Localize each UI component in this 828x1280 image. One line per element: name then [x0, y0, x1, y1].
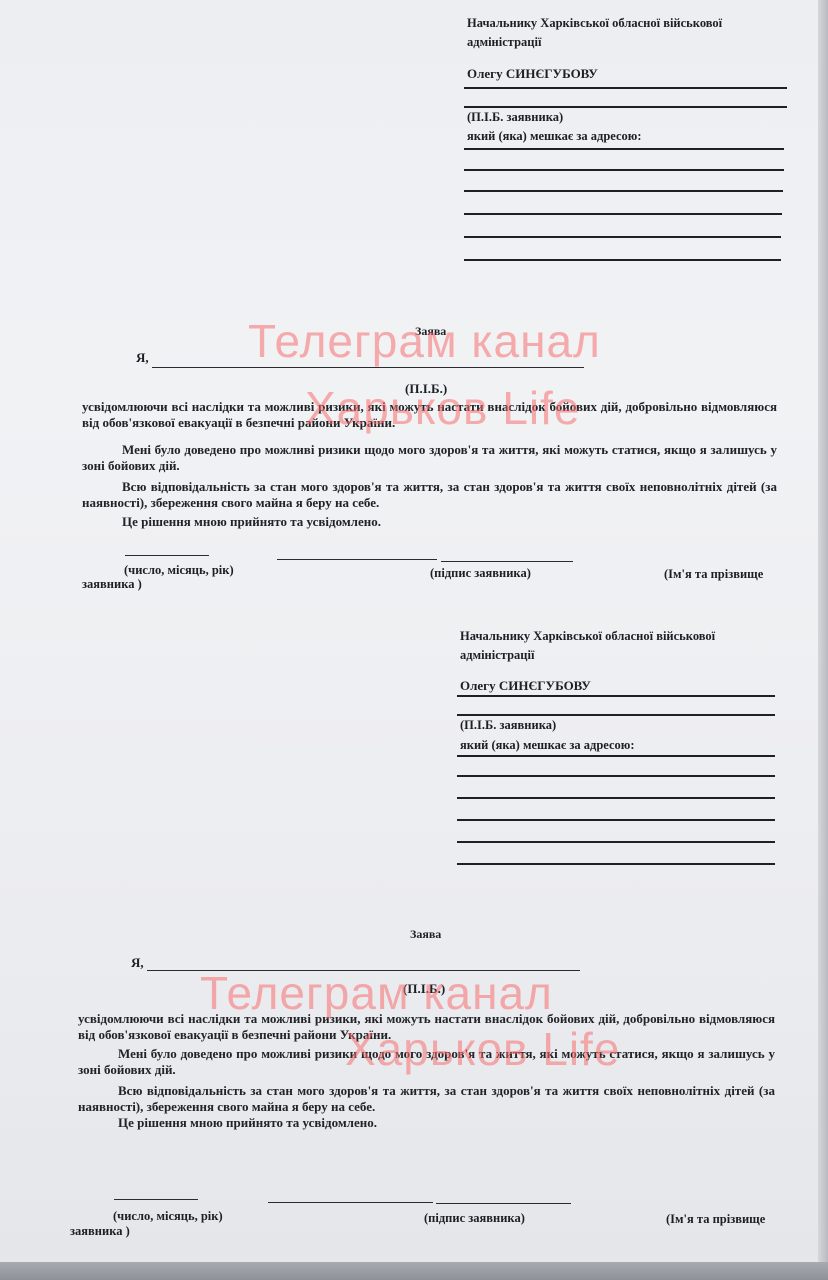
pib-label: (П.І.Б.) [405, 381, 447, 396]
paragraph-1: усвідомлюючи всі наслідки та можливі риз… [78, 1011, 775, 1042]
addressee-line-2: адміністрації [460, 648, 534, 663]
addressee-underline [457, 695, 775, 697]
address-field-4[interactable] [464, 213, 782, 215]
address-field-1[interactable] [464, 148, 784, 150]
addressee-line-1: Начальнику Харківської обласної військов… [467, 16, 722, 31]
address-field-4[interactable] [457, 819, 775, 821]
addressee-underline [464, 87, 787, 89]
address-field-5[interactable] [457, 841, 775, 843]
page-right-edge [818, 0, 828, 1280]
name-field[interactable] [436, 1203, 571, 1204]
paragraph-4: Це рішення мною прийнято та усвідомлено. [82, 514, 777, 530]
addressee-line-1: Начальнику Харківської обласної військов… [460, 629, 715, 644]
name-label-continued: заявника ) [70, 1224, 130, 1239]
addressee-name: Олегу СИНЄГУБОВУ [467, 66, 598, 81]
address-field-1[interactable] [457, 755, 775, 757]
address-field-3[interactable] [464, 190, 783, 192]
applicant-label: (П.І.Б. заявника) [460, 718, 556, 733]
paragraph-4: Це рішення мною прийнято та усвідомлено. [78, 1115, 775, 1131]
form-title: Заява [410, 927, 441, 942]
signature-label: (підпис заявника) [424, 1211, 525, 1226]
date-label: (число, місяць, рік) [113, 1209, 223, 1224]
i-prefix: Я, [131, 955, 144, 970]
paragraph-2: Мені було доведено про можливі ризики що… [78, 1046, 775, 1077]
address-label: який (яка) мешкає за адресою: [460, 738, 635, 753]
address-field-2[interactable] [457, 775, 775, 777]
date-label: (число, місяць, рік) [124, 563, 234, 578]
name-label: (Ім'я та прізвище [664, 567, 763, 582]
pib-label: (П.І.Б.) [403, 981, 445, 996]
address-field-6[interactable] [464, 259, 781, 261]
paragraph-1: усвідомлюючи всі наслідки та можливі риз… [82, 399, 777, 430]
date-field[interactable] [114, 1199, 198, 1200]
signature-label: (підпис заявника) [430, 566, 531, 581]
date-field[interactable] [125, 555, 209, 556]
page-bottom-edge [0, 1262, 828, 1280]
form-title: Заява [415, 324, 446, 339]
applicant-name-field[interactable] [464, 106, 787, 108]
signature-field[interactable] [277, 559, 437, 560]
paragraph-2: Мені було доведено про можливі ризики що… [82, 442, 777, 473]
i-prefix: Я, [136, 350, 149, 365]
signature-field[interactable] [268, 1202, 433, 1203]
pib-field[interactable] [152, 367, 584, 368]
pib-field[interactable] [147, 970, 580, 971]
address-field-6[interactable] [457, 863, 775, 865]
address-field-3[interactable] [457, 797, 775, 799]
address-field-5[interactable] [464, 236, 781, 238]
addressee-line-2: адміністрації [467, 35, 541, 50]
address-field-2[interactable] [464, 169, 784, 171]
paragraph-3: Всю відповідальність за стан мого здоров… [82, 479, 777, 510]
applicant-label: (П.І.Б. заявника) [467, 110, 563, 125]
paper-sheet: Начальнику Харківської обласної військов… [0, 0, 818, 1262]
addressee-name: Олегу СИНЄГУБОВУ [460, 678, 591, 693]
name-label: (Ім'я та прізвище [666, 1212, 765, 1227]
paragraph-3: Всю відповідальність за стан мого здоров… [78, 1083, 775, 1114]
applicant-name-field[interactable] [457, 714, 775, 716]
name-label-continued: заявника ) [82, 577, 142, 592]
watermark-line-1: Телеграм канал [248, 314, 601, 368]
name-field[interactable] [441, 561, 573, 562]
address-label: який (яка) мешкає за адресою: [467, 129, 642, 144]
